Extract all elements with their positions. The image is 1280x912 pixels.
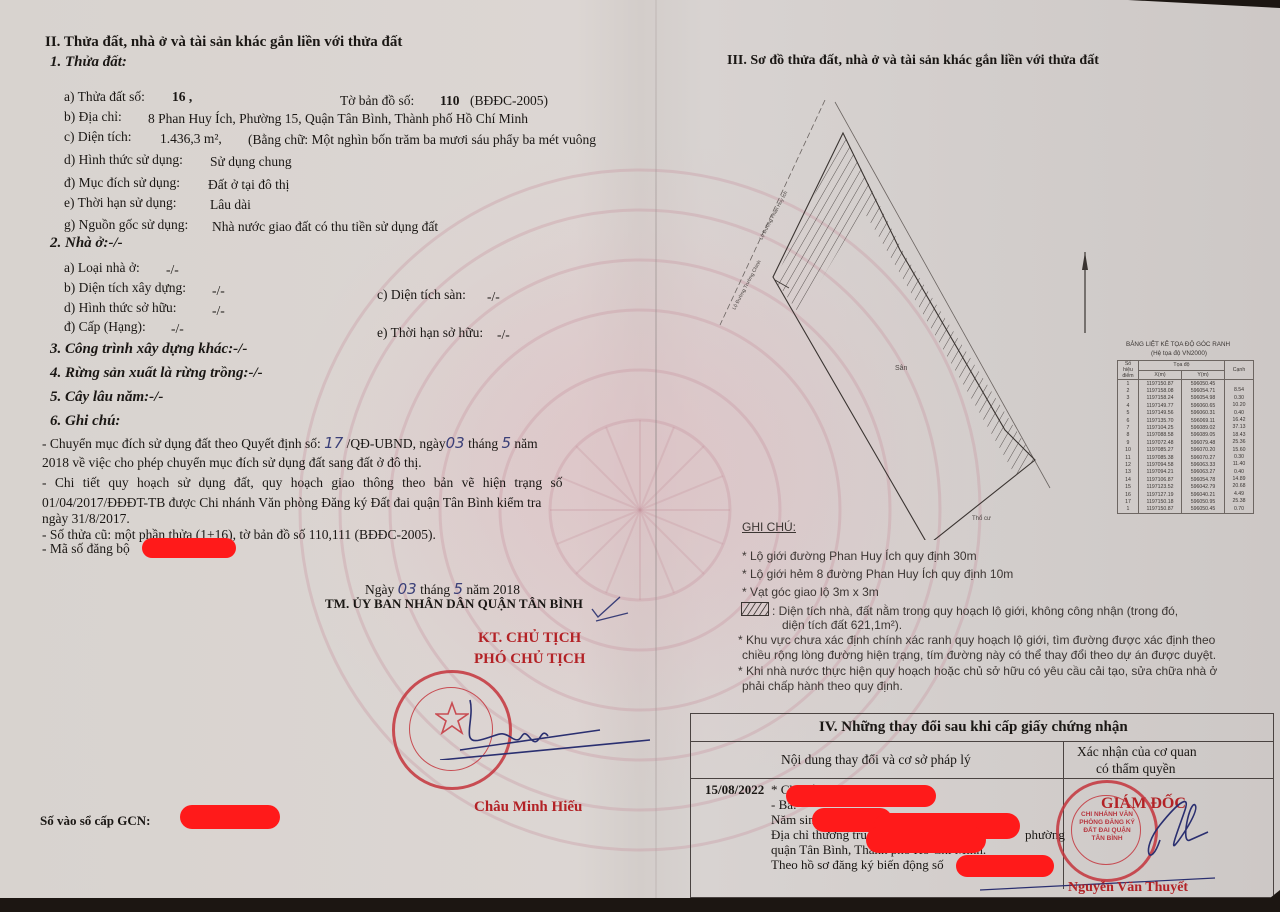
coord-cell-p: 5: [1118, 410, 1139, 417]
coord-cell-x: 1197149.56: [1139, 410, 1182, 417]
coord-cell-p: 1: [1118, 506, 1139, 514]
plot-diagram: Sân Thổ cư Lộ Đường Trường Chinh Lộ Đườn…: [715, 100, 1115, 540]
coord-cell-y: 596089.02: [1182, 424, 1225, 431]
note1-a: - Chuyển mục đích sử dụng đất theo Quyết…: [42, 434, 538, 453]
checkmark-icon: [590, 595, 630, 625]
section-ii-title: II. Thửa đất, nhà ở và tài sản khác gắn …: [45, 33, 402, 51]
coord-cell-e: 15.60: [1225, 447, 1254, 454]
right-note-3: * Vạt góc giao lộ 3m x 3m: [742, 584, 879, 600]
parcel-label: a) Thửa đất số:: [64, 88, 145, 106]
coord-cell-x: 1197104.25: [1139, 424, 1182, 431]
coord-cell-x: 1197150.87: [1139, 380, 1182, 388]
coord-cell-e: [1225, 380, 1254, 388]
note1-text: - Chuyển mục đích sử dụng đất theo Quyết…: [42, 436, 321, 451]
coord-row: 161197127.19596040.214.49: [1118, 491, 1254, 498]
coord-cell-x: 1197106.87: [1139, 476, 1182, 483]
coord-cell-y: 596042.79: [1182, 483, 1225, 490]
map-label-neighbor: Thổ cư: [972, 515, 991, 522]
other-construction: 3. Công trình xây dựng khác:-/-: [50, 340, 247, 358]
coord-cell-e: 20.68: [1225, 483, 1254, 490]
coord-cell-x: 1197158.24: [1139, 395, 1182, 402]
grade-label: đ) Cấp (Hạng):: [64, 318, 146, 336]
authority-name: TM. ỦY BAN NHÂN DÂN QUẬN TÂN BÌNH: [325, 595, 583, 613]
coord-cell-x: 1197149.77: [1139, 402, 1182, 409]
coord-cell-x: 1197127.19: [1139, 491, 1182, 498]
approver-name: Nguyễn Văn Thuyết: [1068, 879, 1188, 897]
coord-cell-p: 7: [1118, 424, 1139, 431]
right-note-5b: chiều rộng lòng đường hiện trạng, tím đư…: [742, 647, 1216, 663]
coord-row: 121197094.58596063.3311.40: [1118, 461, 1254, 468]
notes-heading: 6. Ghi chú:: [50, 412, 120, 430]
coord-cell-e: 14.89: [1225, 476, 1254, 483]
north-arrow-icon: [1078, 250, 1092, 335]
right-note-6: * Khi nhà nước thực hiện quy hoạch hoặc …: [738, 663, 1217, 679]
coord-cell-x: 1197072.48: [1139, 439, 1182, 446]
coord-cell-e: 0.30: [1225, 454, 1254, 461]
coord-cell-e: 18.43: [1225, 432, 1254, 439]
coord-cell-e: 0.70: [1225, 506, 1254, 514]
coord-cell-p: 2: [1118, 387, 1139, 394]
grade-value: -/-: [171, 320, 184, 338]
coord-cell-x: 1197085.38: [1139, 454, 1182, 461]
purpose-label: đ) Mục đích sử dụng:: [64, 174, 180, 192]
map-label-yard: Sân: [895, 365, 908, 372]
ownership-value: -/-: [212, 302, 225, 320]
note1-text-b: /QĐ-UBND, ngày: [347, 436, 446, 451]
coord-cell-e: 8.54: [1225, 387, 1254, 394]
coord-cell-p: 3: [1118, 395, 1139, 402]
coord-cell-e: 25.38: [1225, 498, 1254, 505]
note1-text-c: tháng: [468, 436, 498, 451]
changes-col1-header: Nội dung thay đổi và cơ sở pháp lý: [781, 752, 971, 768]
right-note-6b: phải chấp hành theo quy định.: [742, 678, 903, 694]
page-fold: [655, 0, 657, 898]
perennial: 5. Cây lâu năm:-/-: [50, 388, 163, 406]
signature-chu-tich: [420, 690, 650, 760]
hatch-legend-icon: [741, 602, 769, 616]
purpose-value: Đất ở tại đô thị: [208, 176, 289, 194]
redaction-dossier-number: [956, 855, 1054, 877]
coord-cell-p: 8: [1118, 432, 1139, 439]
coord-cell-x: 1197135.70: [1139, 417, 1182, 424]
area-label: c) Diện tích:: [64, 128, 131, 146]
coord-row: 111197085.38596070.270.30: [1118, 454, 1254, 461]
coord-cell-y: 596089.05: [1182, 432, 1225, 439]
coord-row: 141197106.87596054.7814.89: [1118, 476, 1254, 483]
coord-table-subtitle: (Hệ tọa độ VN2000): [1151, 350, 1207, 357]
coord-cell-x: 1197094.21: [1139, 469, 1182, 476]
coord-cell-x: 1197085.27: [1139, 447, 1182, 454]
registry-label: Số vào sổ cấp GCN:: [40, 812, 151, 830]
address-label: b) Địa chỉ:: [64, 108, 122, 126]
change-date: 15/08/2022: [705, 782, 764, 798]
coord-cell-p: 6: [1118, 417, 1139, 424]
coord-row: 11197150.87596050.45: [1118, 380, 1254, 388]
map-sheet-value: 110: [440, 92, 460, 110]
coord-cell-e: 25.36: [1225, 439, 1254, 446]
coord-cell-p: 12: [1118, 461, 1139, 468]
signer-name: Châu Minh Hiếu: [474, 798, 582, 816]
decision-number: 17: [324, 434, 343, 452]
coord-cell-p: 4: [1118, 402, 1139, 409]
coord-cell-y: 596054.71: [1182, 387, 1225, 394]
certificate-page: II. Thửa đất, nhà ở và tài sản khác gắn …: [0, 0, 1280, 898]
title-pho-chu-tich: PHÓ CHỦ TỊCH: [474, 650, 585, 668]
section-iii-title: III. Sơ đồ thửa đất, nhà ở và tài sản kh…: [727, 52, 1099, 70]
redaction-registry-code: [142, 538, 236, 558]
coord-cell-e: 0.30: [1225, 395, 1254, 402]
col-x: X(m): [1139, 370, 1182, 380]
coord-cell-y: 596050.45: [1182, 380, 1225, 388]
use-form-label: d) Hình thức sử dụng:: [64, 151, 183, 169]
signature-giam-doc: [1120, 790, 1210, 870]
coord-cell-y: 596050.95: [1182, 498, 1225, 505]
map-sheet-label: Tờ bản đồ số:: [340, 92, 414, 110]
change-line-6: Theo hồ sơ đăng ký biến động số: [771, 857, 944, 873]
decision-month: 5: [501, 434, 511, 452]
coord-cell-p: 9: [1118, 439, 1139, 446]
own-term-value: -/-: [497, 326, 510, 344]
house-type-label: a) Loại nhà ở:: [64, 259, 140, 277]
address-value: 8 Phan Huy Ích, Phường 15, Quận Tân Bình…: [148, 110, 528, 128]
coord-cell-x: 1197123.52: [1139, 483, 1182, 490]
coord-row: 81197088.58596089.0518.43: [1118, 432, 1254, 439]
right-note-1: * Lộ giới đường Phan Huy Ích quy định 30…: [742, 548, 977, 564]
coord-cell-y: 596060.31: [1182, 410, 1225, 417]
coord-cell-p: 1: [1118, 380, 1139, 388]
coord-row: 171197150.18596050.9525.38: [1118, 498, 1254, 505]
coord-cell-y: 596070.20: [1182, 447, 1225, 454]
floor-area-value: -/-: [487, 288, 500, 306]
col-coords: Tọa độ: [1139, 361, 1225, 371]
own-term-label: e) Thời hạn sở hữu:: [377, 324, 483, 342]
decision-day: 03: [446, 434, 465, 452]
coord-table: Số hiệu điểm Tọa độ Cạnh X(m) Y(m) 11197…: [1117, 360, 1254, 514]
coord-cell-p: 13: [1118, 469, 1139, 476]
col-y: Y(m): [1182, 370, 1225, 380]
coord-cell-y: 596054.78: [1182, 476, 1225, 483]
coord-row: 71197104.25596089.0237.13: [1118, 424, 1254, 431]
coord-cell-y: 596063.33: [1182, 461, 1225, 468]
coord-table-title: BẢNG LIỆT KÊ TỌA ĐỘ GÓC RANH: [1126, 341, 1230, 348]
col-edge: Cạnh: [1225, 361, 1254, 380]
build-area-value: -/-: [212, 282, 225, 300]
coord-cell-e: 37.13: [1225, 424, 1254, 431]
coord-cell-e: 16.42: [1225, 417, 1254, 424]
origin-label: g) Nguồn gốc sử dụng:: [64, 216, 188, 234]
coord-cell-p: 15: [1118, 483, 1139, 490]
right-note-5: * Khu vực chưa xác định chính xác ranh q…: [738, 632, 1215, 648]
right-note-2: * Lộ giới hẻm 8 đường Phan Huy Ích quy đ…: [742, 566, 1013, 582]
coord-row: 21197158.08596054.718.54: [1118, 387, 1254, 394]
coord-cell-x: 1197094.58: [1139, 461, 1182, 468]
right-notes-heading: GHI CHÚ:: [742, 519, 796, 535]
use-form-value: Sử dụng chung: [210, 153, 292, 171]
house-heading: 2. Nhà ở:-/-: [50, 234, 123, 252]
coord-row: 151197123.52596042.7920.68: [1118, 483, 1254, 490]
coord-cell-y: 596069.11: [1182, 417, 1225, 424]
coord-cell-e: 11.40: [1225, 461, 1254, 468]
coord-cell-x: 1197150.87: [1139, 506, 1182, 514]
coord-cell-y: 596079.48: [1182, 439, 1225, 446]
coord-cell-y: 596063.27: [1182, 469, 1225, 476]
map-label-road2: Lộ Đường Phan Huy Ích: [758, 190, 790, 241]
title-kt-chu-tich: KT. CHỦ TỊCH: [478, 629, 581, 647]
changes-title: IV. Những thay đổi sau khi cấp giấy chứn…: [819, 719, 1128, 735]
term-value: Lâu dài: [210, 196, 251, 214]
coord-cell-e: 10.20: [1225, 402, 1254, 409]
redaction-registry-number: [180, 805, 280, 829]
note1-line2: 2018 về việc cho phép chuyển mục đích sử…: [42, 454, 422, 472]
area-words: (Bằng chữ: Một nghìn bốn trăm ba mươi sá…: [248, 131, 620, 149]
coord-cell-y: 596040.21: [1182, 491, 1225, 498]
coord-row: 51197149.56596060.310.40: [1118, 410, 1254, 417]
note4: - Mã số đăng bộ: [42, 540, 130, 558]
parcel-value: 16 ,: [172, 88, 192, 106]
house-type-value: -/-: [166, 261, 179, 279]
coord-cell-p: 10: [1118, 447, 1139, 454]
origin-value: Nhà nước giao đất có thu tiền sử dụng đấ…: [212, 218, 438, 236]
note2-line1: - Chi tiết quy hoạch sử dụng đất, quy ho…: [42, 474, 562, 492]
floor-area-label: c) Diện tích sàn:: [377, 286, 466, 304]
coord-cell-x: 1197088.58: [1139, 432, 1182, 439]
area-value: 1.436,3 m²,: [160, 130, 222, 148]
ownership-label: d) Hình thức sở hữu:: [64, 299, 177, 317]
coord-cell-p: 17: [1118, 498, 1139, 505]
forest: 4. Rừng sản xuất là rừng trồng:-/-: [50, 364, 263, 382]
coord-row: 31197158.24596054.980.30: [1118, 395, 1254, 402]
redaction-buyer-name: [786, 785, 936, 807]
coord-cell-p: 14: [1118, 476, 1139, 483]
coord-row: 41197149.77596060.6510.20: [1118, 402, 1254, 409]
changes-col2-header-2: có thẩm quyền: [1096, 761, 1175, 777]
coord-cell-x: 1197150.18: [1139, 498, 1182, 505]
coord-cell-y: 596054.98: [1182, 395, 1225, 402]
build-area-label: b) Diện tích xây dựng:: [64, 279, 186, 297]
col-point: Số hiệu điểm: [1118, 361, 1139, 380]
coord-cell-y: 596070.27: [1182, 454, 1225, 461]
coord-cell-e: 0.40: [1225, 469, 1254, 476]
map-sheet-suffix: (BĐĐC-2005): [470, 92, 548, 110]
term-label: e) Thời hạn sử dụng:: [64, 194, 176, 212]
coord-cell-y: 596060.65: [1182, 402, 1225, 409]
redaction-address: [866, 827, 986, 853]
coord-cell-y: 596050.45: [1182, 506, 1225, 514]
coord-cell-p: 11: [1118, 454, 1139, 461]
coord-cell-e: 4.49: [1225, 491, 1254, 498]
coord-row: 61197135.70596069.1116.42: [1118, 417, 1254, 424]
coord-row: 131197094.21596063.270.40: [1118, 469, 1254, 476]
coord-cell-e: 0.40: [1225, 410, 1254, 417]
right-note-4b: diện tích đất 621,1m²).: [782, 617, 902, 633]
land-heading: 1. Thửa đất:: [50, 53, 127, 71]
coord-cell-x: 1197158.08: [1139, 387, 1182, 394]
coord-row: 11197150.87596050.450.70: [1118, 506, 1254, 514]
coord-cell-p: 16: [1118, 491, 1139, 498]
coord-row: 91197072.48596079.4825.36: [1118, 439, 1254, 446]
coord-row: 101197085.27596070.2015.60: [1118, 447, 1254, 454]
note1-text-d: năm: [514, 436, 537, 451]
changes-col2-header-1: Xác nhận của cơ quan: [1077, 744, 1197, 760]
